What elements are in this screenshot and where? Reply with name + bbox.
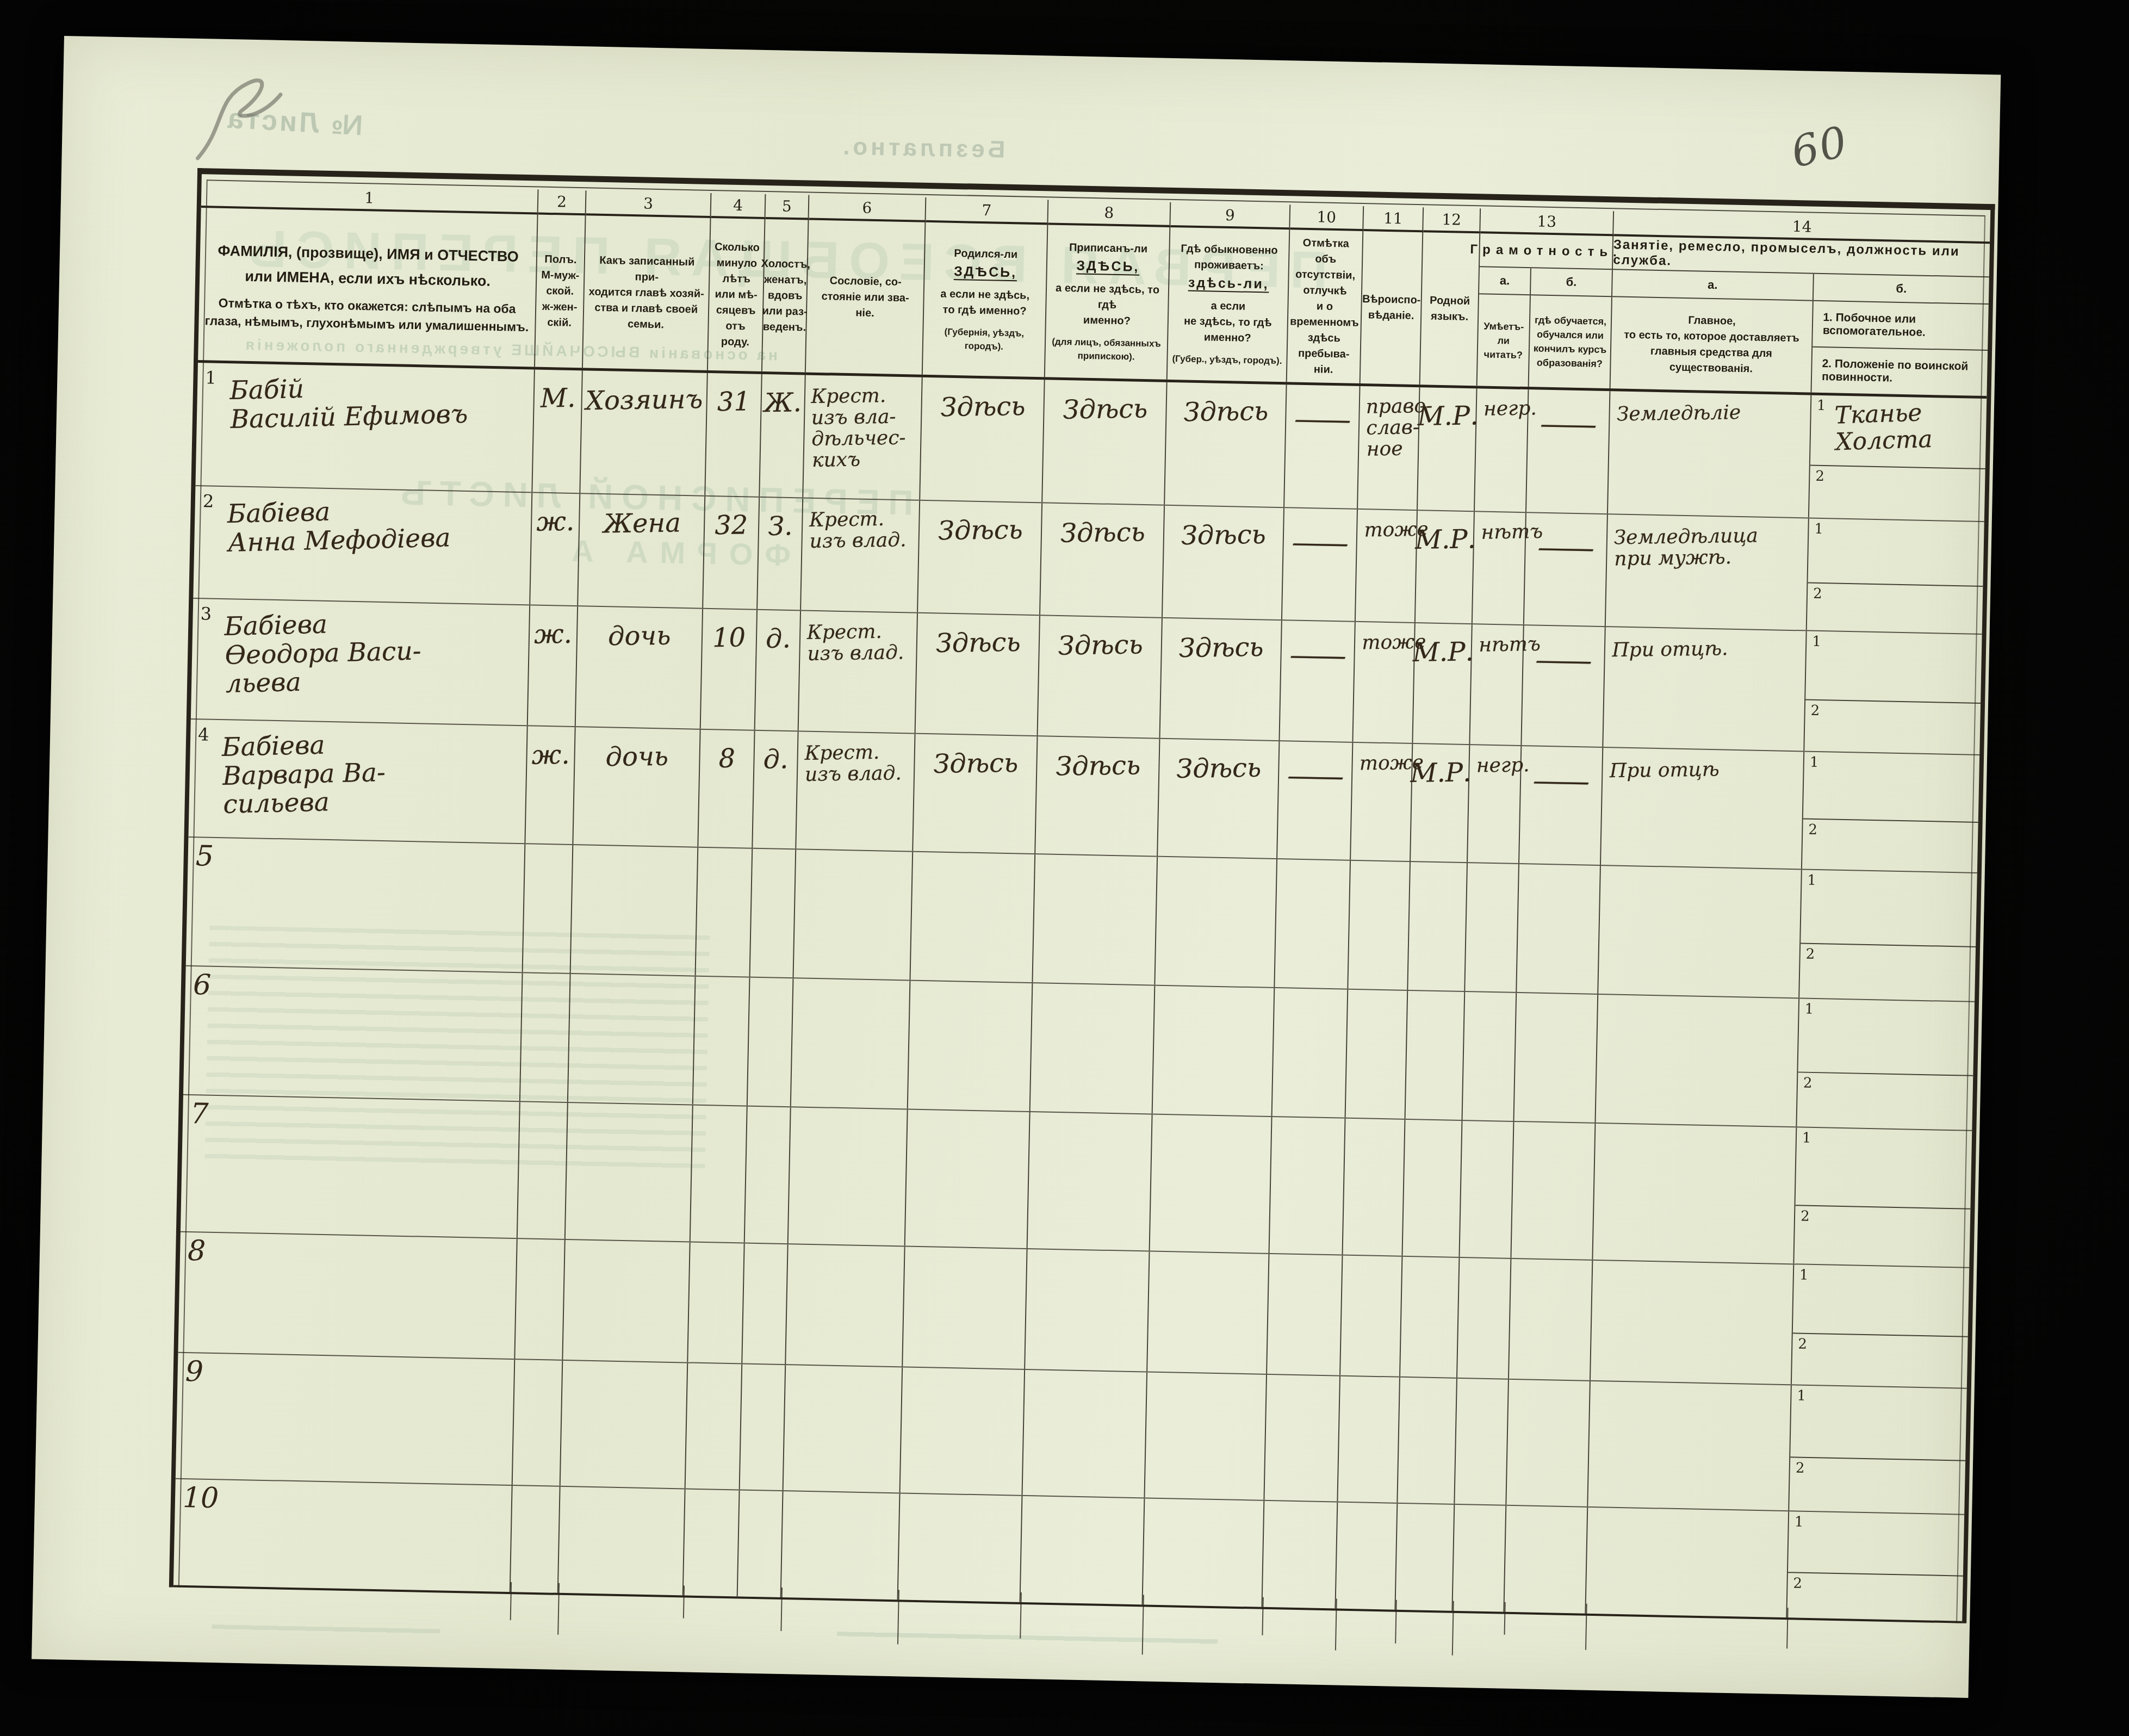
cell-marital [745,1107,791,1244]
header-literacy-reads: Умѣетъ- ли читать? [1478,294,1531,387]
header-age: Сколько минуло лѣтъ или мѣ- сяцевъ отъ р… [708,218,766,371]
cell-relation: дочь [573,727,700,847]
cell-literacy: нѣтъ [1470,624,1524,745]
handwritten-entry: М.Р. [1414,525,1476,555]
cell-occupation-side-1: 1 [1788,1511,1964,1575]
cell-marital: д. [753,731,798,849]
handwritten-entry [796,850,912,861]
cell-sex [520,973,571,1102]
cell-occupation-side: 12 [1789,1385,1967,1514]
cell-marital [740,1365,786,1491]
cell-occupation-side-2: 2 [1802,819,1978,872]
cell-education: — [1522,625,1605,747]
handwritten-entry [788,1245,904,1256]
cell-estate: Крест. изъ влад. [799,611,918,733]
cell-name: 9 [176,1353,515,1485]
handwritten-entry: 31 [717,387,751,417]
cell-native-language: М.Р. [1411,744,1470,862]
cell-registered-here: Здѣсь [1040,503,1165,617]
cell-relation: Жена [578,494,705,608]
handwritten-entry: — [1538,408,1598,441]
cell-age [696,848,753,977]
handwritten-entry [1460,1258,1510,1268]
cell-name: 3Бабіева Ѳеодора Васи- льева [191,599,530,725]
cell-resides: Здѣсь [1163,506,1284,619]
handwritten-entry: — [1290,526,1350,559]
cell-sex [513,1360,563,1486]
handwritten-entry: Крест. изъ вла- дѣльчес- кихъ [804,375,922,472]
cell-resides [1150,1115,1273,1253]
col-number-5: 5 [765,194,809,220]
cell-name: 4Бабіева Варвара Ва- сильева [189,720,528,843]
cell-occupation-side-1: 1 [1803,752,1979,822]
cell-born-here: Здѣсь [920,377,1045,502]
column-rule-stub [780,1588,783,1631]
cell-estate [784,1365,903,1492]
bleedthrough-imprint [837,1632,1218,1653]
handwritten-entry [1351,861,1410,872]
handwritten-entry [1338,1503,1396,1514]
handwritten-entry: тоже [1352,743,1412,774]
handwritten-entry: негр. [1477,389,1528,420]
cell-registered-here [1033,854,1158,984]
cell-marital: Ж. [760,374,805,498]
cell-occupation-main [1588,1381,1792,1510]
cell-absence-note [1262,1501,1338,1609]
cell-native-language [1402,1120,1462,1257]
cell-estate [794,850,914,979]
handwritten-name: Бабій Василій Ефимовъ [196,362,534,435]
handwritten-entry: Здѣсь [1176,754,1261,784]
cell-occupation-main: Земледѣліе [1608,391,1811,517]
handwritten-entry: — [1288,639,1348,672]
header-occupation-b-label: б. [1814,274,1989,305]
cell-religion [1338,1377,1400,1503]
column-rule-stub [1395,1600,1397,1644]
col-number-2: 2 [538,190,587,216]
cell-occupation-side: 12 [1802,752,1979,872]
handwritten-entry: 8 [718,745,735,774]
cell-name: 2Бабіева Анна Мефодіева [193,486,532,604]
header-occupation-military: 2. Положеніе по воинской повинности. [1811,348,1988,396]
handwritten-entry [1598,995,1798,1008]
handwritten-entry: М.Р. [1417,401,1479,431]
handwritten-entry [1340,1377,1399,1387]
cell-name: 7 [181,1095,520,1238]
cell-occupation-main [1586,1508,1789,1617]
handwritten-entry: негр. [1469,745,1520,777]
cell-native-language: М.Р. [1413,623,1472,744]
handwritten-entry [1343,1256,1401,1267]
cell-native-language [1406,991,1466,1120]
cell-registered-here [1031,983,1156,1113]
column-rule-stub [1585,1604,1587,1650]
cell-estate [786,1244,905,1366]
cell-absence-note [1275,859,1351,989]
cell-sex: ж. [525,726,575,844]
cell-born-here: Здѣсь [916,613,1040,735]
cell-estate [781,1491,901,1599]
cell-occupation-side-1: 1 [1793,1264,1969,1336]
bleedthrough-free-label: Безплатно. [840,133,1005,164]
header-literacy-education: гдѣ обучается, обучался или кончилъ курс… [1529,295,1612,388]
header-relation: Какъ записанный при- ходится главѣ хозяй… [583,215,711,370]
cell-marital: д. [755,610,801,731]
handwritten-entry: М.Р. [1412,637,1474,667]
handwritten-entry: тоже [1357,510,1417,541]
cell-name: 6 [183,966,523,1101]
cell-occupation-side-2: 2 [1792,1333,1968,1388]
handwritten-entry: Крест. изъ влад. [798,732,914,786]
cell-education [1511,1122,1596,1260]
cell-occupation-side-1: 1 [1795,1127,1972,1208]
cell-born-here [908,981,1033,1111]
handwritten-entry: Здѣсь [935,628,1020,659]
handwritten-entry [1798,1071,1973,1080]
header-literacy-group: Грамотность. [1480,233,1613,270]
handwritten-entry [1795,1205,1970,1214]
header-estate: Сословіе, со- стояніе или зва- ніе. [806,220,926,375]
handwritten-entry [1803,819,1978,827]
cell-literacy [1460,1121,1514,1258]
cell-education [1504,1506,1588,1614]
bleedthrough-folio-label: № Листа [225,102,363,142]
cell-resides [1143,1498,1265,1607]
table-body: 1Бабій Василій ЕфимовъМ.Хозяинъ31Ж.Крест… [173,363,1987,1623]
cell-born-here: Здѣсь [918,501,1042,615]
handwritten-entry [793,979,909,990]
cell-sex: ж. [530,493,580,605]
header-born-lead: Родился-ли [954,246,1017,263]
cell-religion [1340,1256,1402,1377]
census-table: 1 2 3 4 5 6 7 8 9 10 11 12 13 14 ФАМИЛІЯ… [169,168,1995,1623]
handwritten-entry [1801,943,1976,951]
cell-absence-note [1273,988,1349,1118]
cell-literacy: негр. [1475,388,1529,512]
handwritten-entry: ж. [536,507,575,537]
handwritten-entry: ж. [534,620,573,650]
handwritten-entry: тоже [1355,622,1414,654]
cell-name: 1Бабій Василій Ефимовъ [195,363,535,492]
cell-education [1509,1259,1593,1380]
scan-background: № Листа Безплатно. ПЕРВАЯ ВСЕОБЩАЯ ПЕРЕП… [0,0,2129,1736]
handwritten-entry: При отцѣ [1603,748,1803,782]
handwritten-entry: 10 [712,623,746,653]
header-name: ФАМИЛІЯ, (прозвище), ИМЯ и ОТЧЕСТВО или … [198,208,538,367]
handwritten-entry: Здѣсь [940,392,1025,423]
cell-native-language [1408,862,1468,991]
handwritten-entry: Здѣсь [1060,518,1145,548]
cell-born-here [905,1110,1031,1248]
cell-occupation-side-2: 2 [1789,1456,1965,1514]
handwritten-entry: право- слав- ное [1359,386,1419,460]
cell-native-language: М.Р. [1418,387,1477,511]
handwritten-entry: нѣтъ [1472,624,1523,656]
header-resides: Гдѣ обыкновенно проживаетъ: здѣсь-ли, а … [1168,227,1290,382]
header-resides-paren: (Губер., уѣздъ, городъ). [1172,352,1282,368]
cell-occupation-main: При отцѣ. [1603,627,1807,751]
header-marital: Холостъ, женатъ, вдовъ или раз- веденъ. [762,219,809,373]
cell-occupation-side-1: 1 [1790,1385,1967,1460]
header-resides-emph: здѣсь-ли, [1188,273,1269,294]
col-number-4: 4 [711,193,766,219]
cell-estate: Крест. изъ влад. [796,731,915,851]
cell-absence-note [1270,1117,1346,1255]
header-occupation-main: Главное, то есть то, которое доставляетъ… [1611,297,1814,392]
handwritten-entry: При отцѣ. [1605,628,1806,661]
cell-resides: Здѣсь [1160,618,1282,740]
col-number-9: 9 [1170,202,1290,230]
handwritten-entry: З. [768,512,793,541]
handwritten-entry [786,1366,902,1377]
cell-name: 5 [186,838,526,972]
cell-marital [748,978,794,1107]
cell-estate: Крест. изъ влад. [801,498,920,612]
cell-born-here: Здѣсь [913,734,1038,853]
cell-absence-note [1267,1254,1343,1375]
handwritten-entry: д. [766,624,791,654]
header-registered-emph: ЗДѢСЬ, [1076,256,1140,277]
handwritten-entry [1348,990,1407,1001]
cell-occupation-side: 1Тканье Холста2 [1809,395,1987,521]
cell-resides: Здѣсь [1165,382,1287,507]
handwritten-entry: Здѣсь [1056,751,1140,782]
cell-native-language [1398,1378,1457,1504]
cell-born-here [903,1247,1027,1368]
handwritten-entry: М. [540,384,575,414]
cell-age: 8 [698,730,755,848]
cell-absence-note: — [1277,741,1353,860]
handwritten-entry [791,1108,907,1119]
cell-relation [561,1361,688,1489]
handwritten-entry [1810,465,1985,474]
col-number-12: 12 [1423,207,1481,233]
cell-marital [750,849,797,978]
cell-sex: М. [532,370,582,493]
header-born-mid: а если не здѣсь, то гдѣ именно? [940,286,1030,319]
cell-registered-here: Здѣсь [1042,380,1167,504]
cell-sex [515,1239,565,1360]
handwritten-entry: д. [763,745,788,774]
cell-marital: З. [758,498,803,610]
cell-literacy: негр. [1468,745,1522,863]
header-born-paren: (Губернія, уѣздъ, городъ). [927,325,1042,355]
cell-literacy [1455,1379,1509,1505]
cell-age: 31 [705,373,762,497]
cell-occupation-side: 12 [1804,631,1982,754]
handwritten-entry: дочь [606,742,669,772]
col-number-6: 6 [809,195,926,222]
cell-religion [1343,1119,1406,1256]
cell-occupation-side: 12 [1799,870,1977,1001]
cell-registered-here: Здѣсь [1035,736,1160,855]
handwritten-entry: — [1536,532,1596,565]
cell-occupation-side-1: 1 [1808,519,1984,586]
cell-occupation-main [1593,1124,1797,1263]
cell-absence-note: — [1284,385,1360,509]
header-name-line2: Отмѣтка о тѣхъ, кто окажется: слѣпымъ на… [202,294,532,337]
cell-occupation-side-2: 2 [1809,465,1985,521]
census-sheet: № Листа Безплатно. ПЕРВАЯ ВСЕОБЩАЯ ПЕРЕП… [32,36,2001,1698]
cell-occupation-main: Земледѣлица при мужѣ. [1606,514,1809,630]
cell-sex [518,1102,568,1239]
cell-occupation-main [1596,995,1799,1126]
handwritten-name: Бабіева Варвара Ва- сильева [189,719,527,820]
handwritten-entry: Здѣсь [1183,397,1268,427]
cell-education: — [1526,389,1610,513]
handwritten-entry: Ж. [764,388,802,418]
cell-estate [789,1107,908,1245]
header-registered-lead: Приписанъ-ли [1069,240,1148,257]
cell-age [688,1243,744,1363]
cell-native-language: М.Р. [1416,511,1475,623]
cell-registered-here [1023,1370,1148,1497]
cell-occupation-side: 12 [1797,999,1975,1130]
header-registered-paren: (для лицъ, обязанныхъ припискою). [1052,336,1162,364]
cell-resides: Здѣсь [1158,739,1280,858]
cell-occupation-side-1: 1 [1798,999,1975,1075]
handwritten-entry: Крест. изъ влад. [800,611,916,665]
handwritten-entry: Здѣсь [938,516,1022,546]
handwritten-entry [1465,992,1516,1002]
cell-religion [1346,990,1408,1119]
handwritten-entry [1805,699,1981,708]
col-number-13: 13 [1480,208,1614,236]
col-number-11: 11 [1363,206,1424,232]
cell-registered-here [1021,1496,1145,1604]
column-rule-stub [1786,1608,1789,1648]
page-number: 60 [1787,117,1853,177]
cell-occupation-main [1591,1261,1794,1384]
cell-born-here [898,1493,1023,1602]
handwritten-entry: дочь [608,622,671,652]
handwritten-entry: — [1531,765,1591,797]
handwritten-entry [1808,582,1983,591]
handwritten-name: Бабіева Анна Мефодіева [194,486,532,559]
cell-religion [1348,861,1411,990]
handwritten-entry: Хозяинъ [586,385,703,416]
cell-religion [1336,1503,1398,1610]
cell-relation [563,1240,690,1362]
handwritten-entry: Здѣсь [1058,630,1143,661]
bleedthrough-imprint [212,1625,440,1640]
cell-born-here [901,1367,1026,1495]
cell-sex: ж. [528,605,578,726]
cell-education: — [1519,746,1603,865]
header-literacy-b-label: б. [1531,268,1613,297]
header-name-line1: ФАМИЛІЯ, (прозвище), ИМЯ и ОТЧЕСТВО или … [203,238,533,295]
header-occupation-side: 1. Побочное или вспомогательное. 2. Поло… [1811,301,1988,396]
cell-religion: право- слав- ное [1358,386,1420,510]
cell-religion: тоже [1351,743,1413,861]
cell-relation: Хозяинъ [580,370,707,495]
handwritten-entry: — [1293,403,1352,436]
cell-occupation-side-2: 2 [1787,1572,1963,1621]
cell-occupation-side-1: 1 [1805,631,1982,703]
cell-literacy [1453,1505,1506,1612]
cell-occupation-side: 12 [1792,1264,1969,1387]
handwritten-entry: Крест. изъ влад. [803,499,919,553]
handwritten-entry [1593,1261,1793,1274]
cell-native-language [1395,1504,1455,1611]
handwritten-entry: Здѣсь [1181,520,1266,551]
cell-age [691,1106,748,1243]
cell-resides [1155,857,1277,987]
handwritten-entry [783,1492,899,1503]
handwritten-entry: Здѣсь [933,749,1018,779]
cell-relation: дочь [576,606,703,729]
header-literacy-a-label: а. [1479,267,1531,295]
handwritten-entry [1793,1333,1968,1342]
cell-absence-note: — [1282,508,1358,621]
cell-relation [571,845,699,976]
handwritten-name: Бабіева Ѳеодора Васи- льева [191,598,530,699]
handwritten-entry [1462,1121,1513,1131]
col-number-7: 7 [926,197,1048,225]
handwritten-entry: М.Р. [1410,758,1471,788]
pencil-scribble [181,60,346,183]
column-rule-stub [1262,1597,1263,1635]
header-resides-mid: а если не здѣсь, то гдѣ именно? [1183,298,1272,347]
cell-marital [738,1490,784,1597]
handwritten-entry [1468,863,1518,873]
cell-absence-note [1264,1375,1340,1502]
cell-age [686,1363,743,1490]
handwritten-entry: — [1534,644,1593,677]
column-rule-stub [1504,1602,1506,1635]
cell-literacy [1457,1258,1511,1379]
cell-registered-here [1028,1112,1153,1250]
handwritten-entry: ж. [531,741,570,771]
cell-resides [1153,986,1275,1116]
header-registered-here: Приписанъ-ли ЗДѢСЬ, а если не здѣсь, то … [1045,225,1171,379]
cell-native-language [1400,1257,1460,1378]
cell-occupation-side-2: 2 [1807,582,1983,634]
cell-registered-here: Здѣсь [1038,616,1163,737]
cell-resides [1145,1372,1267,1499]
header-absence-note: Отмѣтка объ отсутствіи, отлучкѣ и о врем… [1287,230,1364,383]
column-rule-stub [1020,1592,1022,1639]
header-born-emph: ЗДѢСЬ, [954,262,1017,283]
handwritten-entry [1591,1382,1791,1394]
header-religion: Вѣроиспо- вѣданіе. [1361,231,1424,385]
cell-occupation-side: 12 [1787,1511,1964,1621]
cell-age: 10 [701,609,758,730]
cell-religion: тоже [1353,622,1415,743]
handwritten-entry: 32 [715,511,748,541]
col-number-10: 10 [1290,204,1364,231]
cell-born-here [910,852,1035,982]
header-born-here: Родился-ли ЗДѢСЬ, а если не здѣсь, то гд… [923,222,1048,377]
handwritten-entry [1345,1119,1404,1130]
header-sex: Полъ. М-муж- ской. ж-жен- скій. [535,215,586,368]
cell-education: — [1524,513,1608,626]
cell-occupation-side-1: 1Тканье Холста [1810,395,1987,469]
cell-education [1506,1380,1591,1506]
handwritten-entry [1788,1572,1963,1580]
cell-occupation-side-2: 2 [1804,699,1981,754]
handwritten-entry [1596,1124,1796,1137]
cell-name: 8 [178,1232,517,1359]
handwritten-entry: Здѣсь [1179,633,1264,664]
cell-age [684,1489,740,1596]
cell-occupation-side-1: 1 [1801,870,1977,946]
cell-education [1517,864,1601,994]
handwritten-entry: — [1285,760,1345,792]
handwritten-entry [1790,1456,1965,1465]
cell-occupation-side-2: 2 [1794,1205,1970,1267]
header-occupation-side-1: 1. Побочное или вспомогательное. [1813,301,1989,351]
